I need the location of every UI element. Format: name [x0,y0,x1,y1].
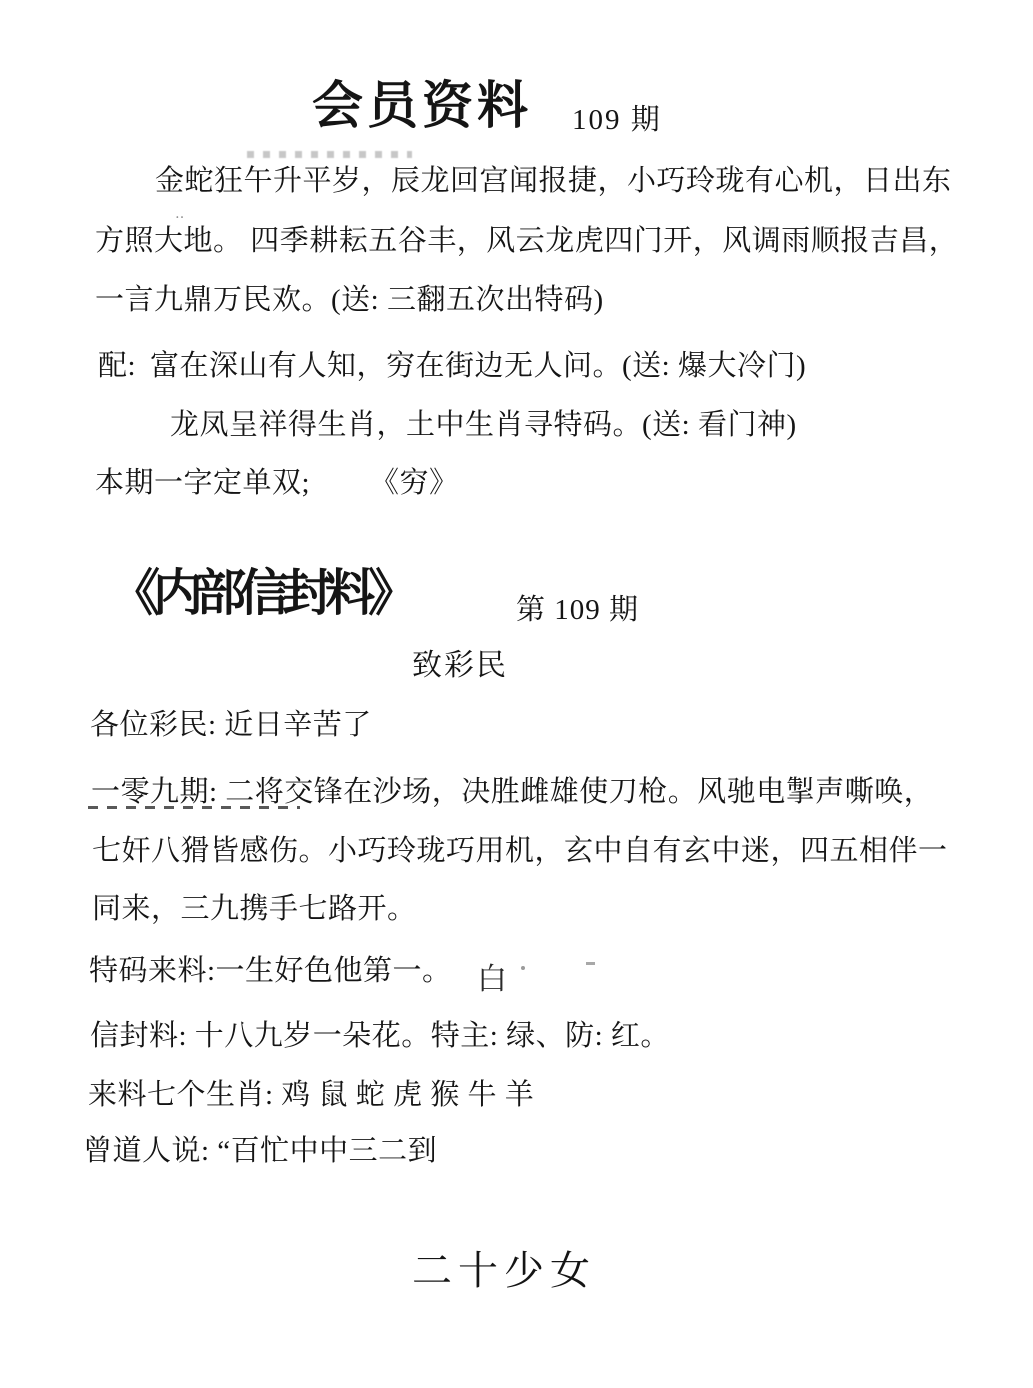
zodiac-tip-line: 来料七个生肖: 鸡 鼠 蛇 虎 猴 牛 羊 [88,1079,534,1112]
odd-even-value: 《穷》 [370,467,459,500]
special-tip-line: 特码来料:一生好色他第一。 [89,955,452,988]
scanned-document-page: 会员资料 109 期 金蛇狂午升平岁，辰龙回宫闻报捷，小巧玲珑有心机，日出东 ‥… [0,0,1033,1388]
pei-label: 配: [98,350,136,383]
shengxiao-line: 龙凤呈祥得生肖，土中生肖寻特码。(送: 看门神) [170,409,797,442]
page-title: 会员资料 [312,82,532,133]
salutation: 致彩民 [412,651,508,681]
envelope-heading: 《内部信封料》 [110,566,411,621]
envelope-poem-line-3: 同来，三九携手七路开。 [92,893,417,926]
member-poem-line-1: 金蛇狂午升平岁，辰龙回宫闻报捷，小巧玲珑有心机，日出东 [155,165,952,198]
envelope-poem-line-2: 七奸八猾皆感伤。小巧玲珑巧用机，玄中自有玄中迷，四五相伴一 [92,835,948,868]
envelope-poem-line-1: 一零九期: 二将交锋在沙场，决胜雌雄使刀枪。风驰电掣声嘶唤， [91,776,933,809]
special-note-mark: 白 [477,965,507,995]
odd-even-label: 本期一字定单双; [95,467,310,500]
member-poem-line-3: 一言九鼎万民欢。(送: 三翻五次出特码) [95,284,604,317]
master-quote-line: 曾道人说: “百忙中中三二到 [83,1135,437,1168]
footer-text: 二十少女 [412,1251,596,1291]
envelope-issue-number: 第 109 期 [516,596,639,625]
issue-dashed-underline-artifact [88,806,300,809]
envelope-tip-line: 信封料: 十八九岁一朵花。特主: 绿、防: 红。 [90,1020,670,1053]
member-poem-line-2: 方照大地。 四季耕耘五谷丰，风云龙虎四门开，风调雨顺报吉昌， [95,225,958,258]
ink-dots-artifact: ‥ [175,208,186,222]
title-smudge-artifact [247,151,412,158]
ink-dot-artifact [521,966,525,970]
page-title-issue-number: 109 期 [572,106,662,135]
ink-dash-artifact [586,962,595,965]
greeting-line: 各位彩民: 近日辛苦了 [90,709,372,742]
pei-text: 富在深山有人知，穷在街边无人问。(送: 爆大冷门) [150,350,806,383]
